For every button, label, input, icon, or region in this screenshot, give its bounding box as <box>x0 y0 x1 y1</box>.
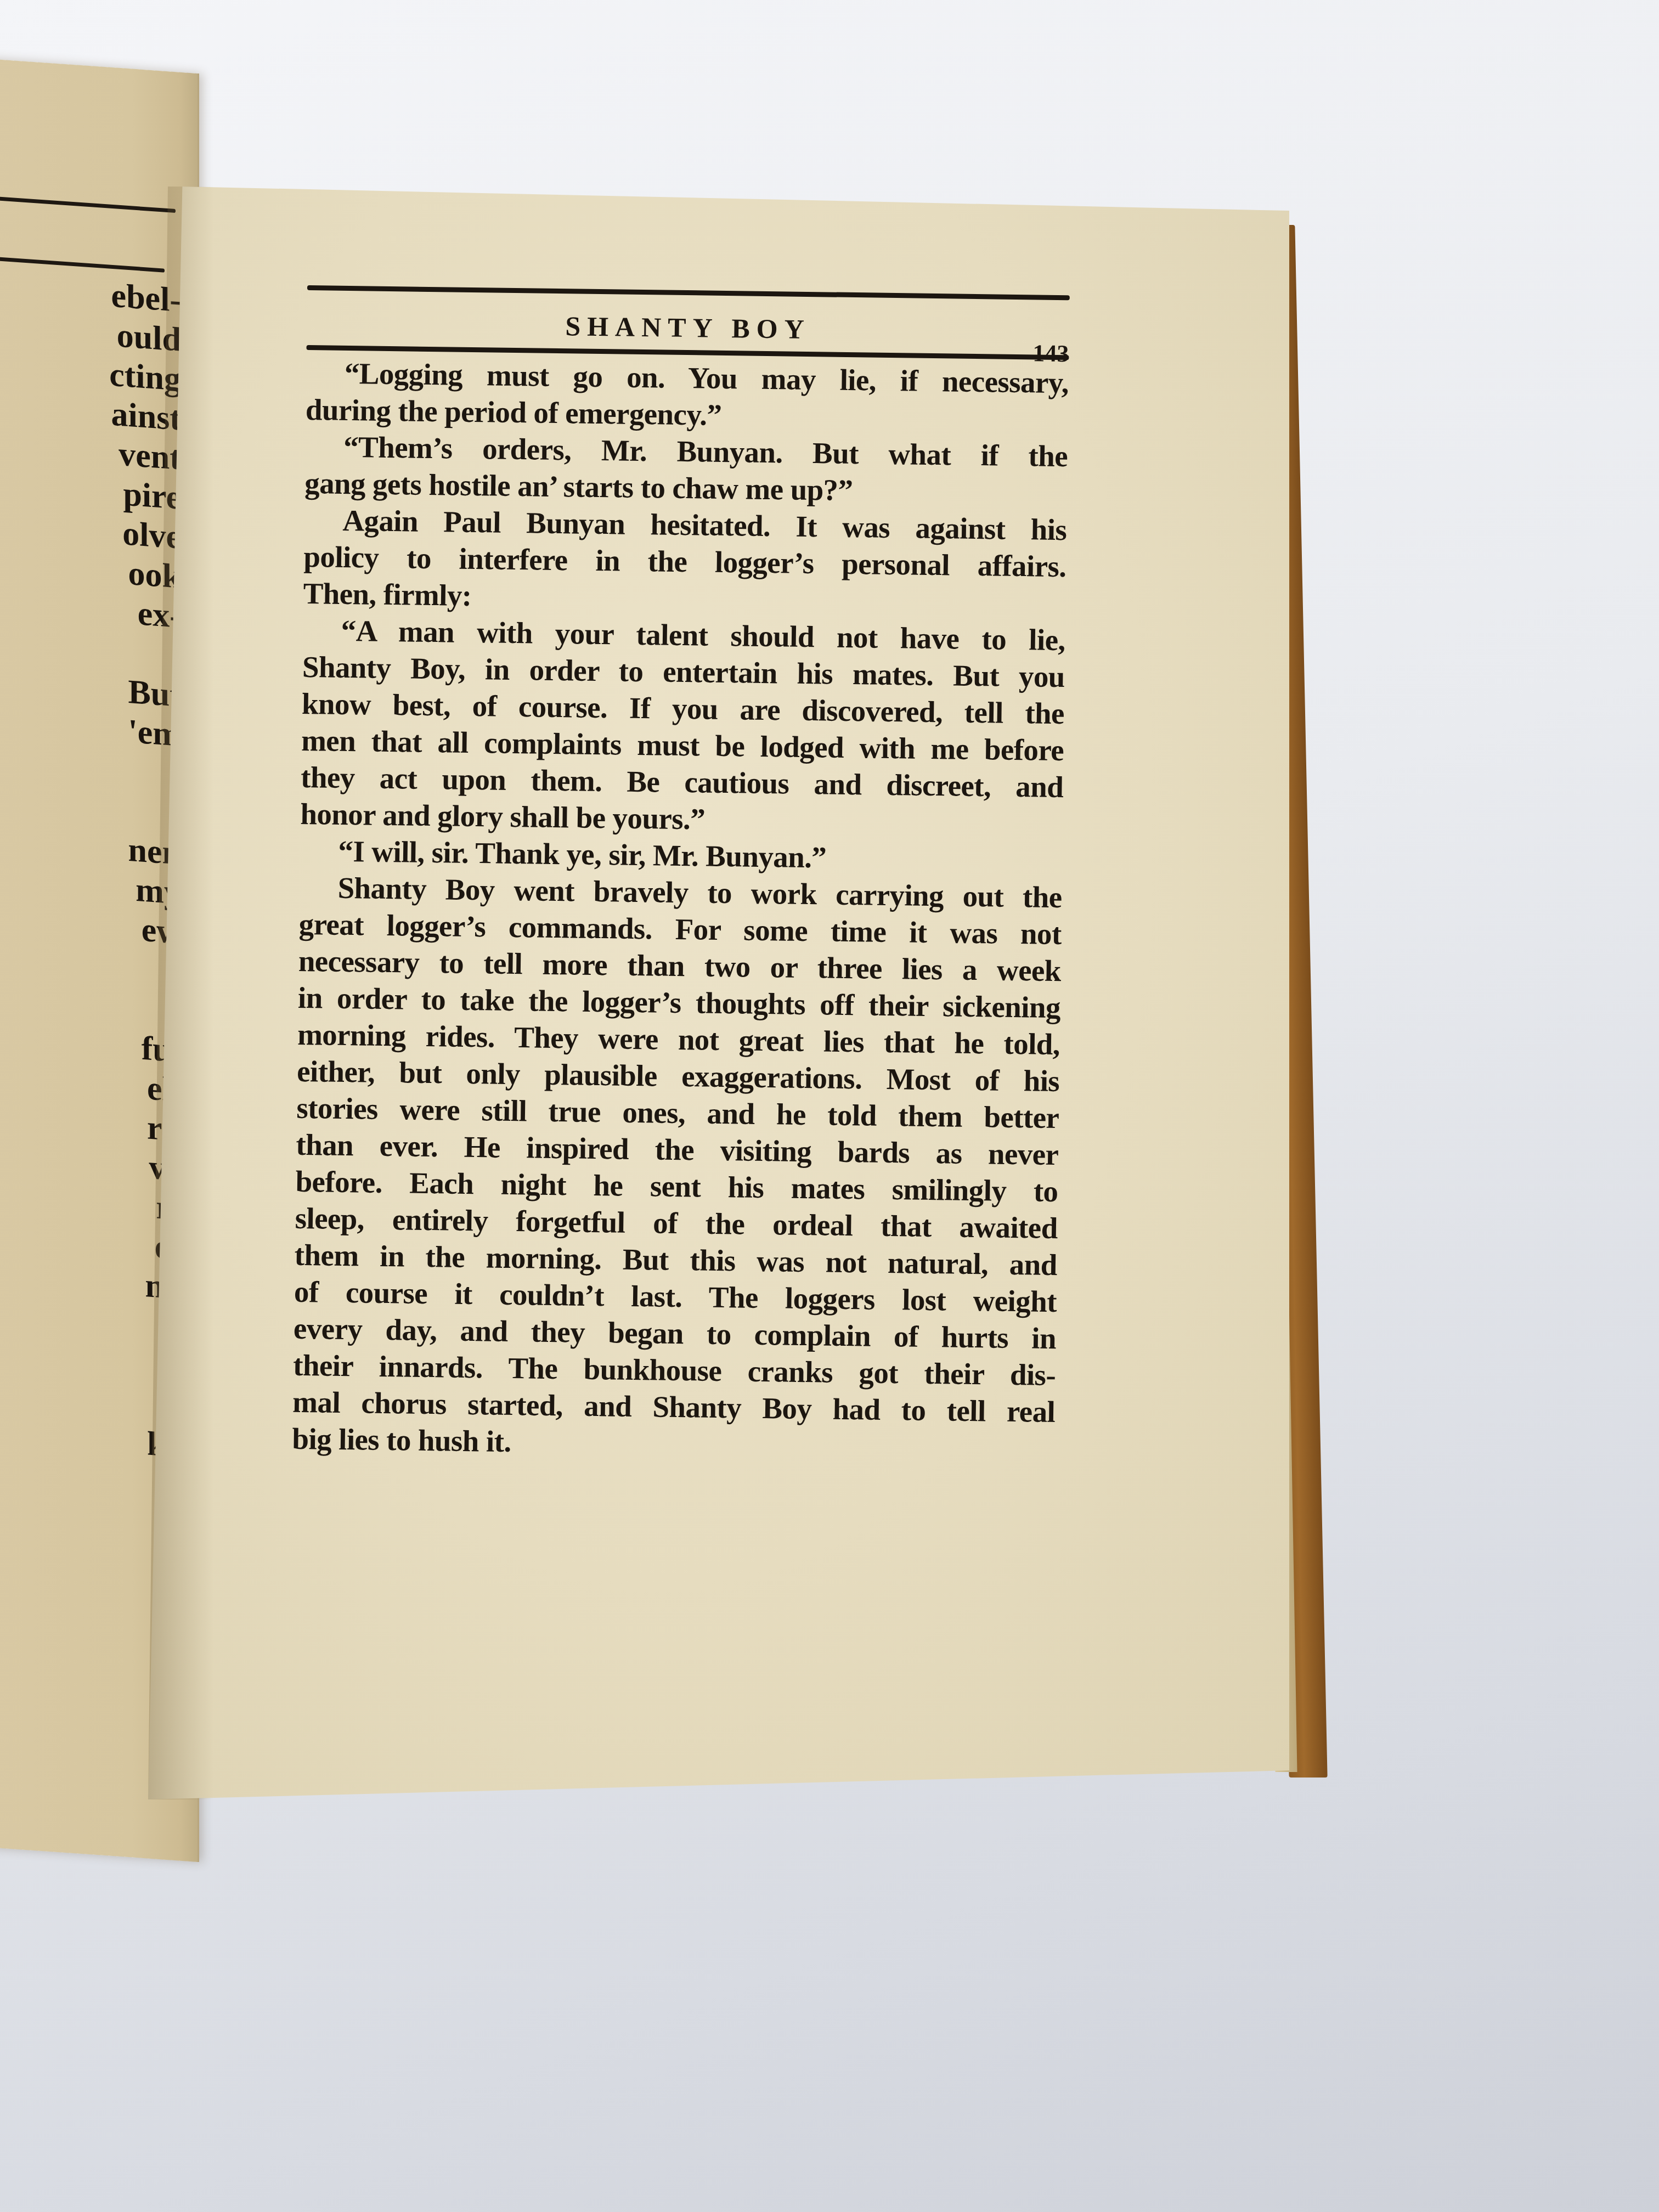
paragraph: “Them’s orders, Mr. Bunyan. But what if … <box>304 428 1068 511</box>
paragraph: “Logging must go on. You may lie, if nec… <box>306 354 1069 438</box>
left-line: ebel- <box>71 273 181 320</box>
paragraph: Shanty Boy went bravely to work carrying… <box>292 869 1062 1467</box>
paragraph: “A man with your talent should not have … <box>300 612 1065 842</box>
left-line: ould <box>71 313 181 360</box>
page-number: 143 <box>1032 339 1069 368</box>
left-page-header-rule-bottom <box>0 256 165 273</box>
body-text: “Logging must go on. You may lie, if nec… <box>292 354 1069 1467</box>
left-page-header-rule-top <box>0 195 176 213</box>
left-line: ainst <box>71 392 181 439</box>
page-header: SHANTY BOY 143 <box>307 290 1070 355</box>
page-content: SHANTY BOY 143 “Logging must go on. You … <box>292 285 1070 1467</box>
running-head: SHANTY BOY <box>307 307 1070 348</box>
left-line: cting <box>71 352 181 399</box>
paragraph: Again Paul Bunyan hesitated. It was agai… <box>303 501 1067 622</box>
